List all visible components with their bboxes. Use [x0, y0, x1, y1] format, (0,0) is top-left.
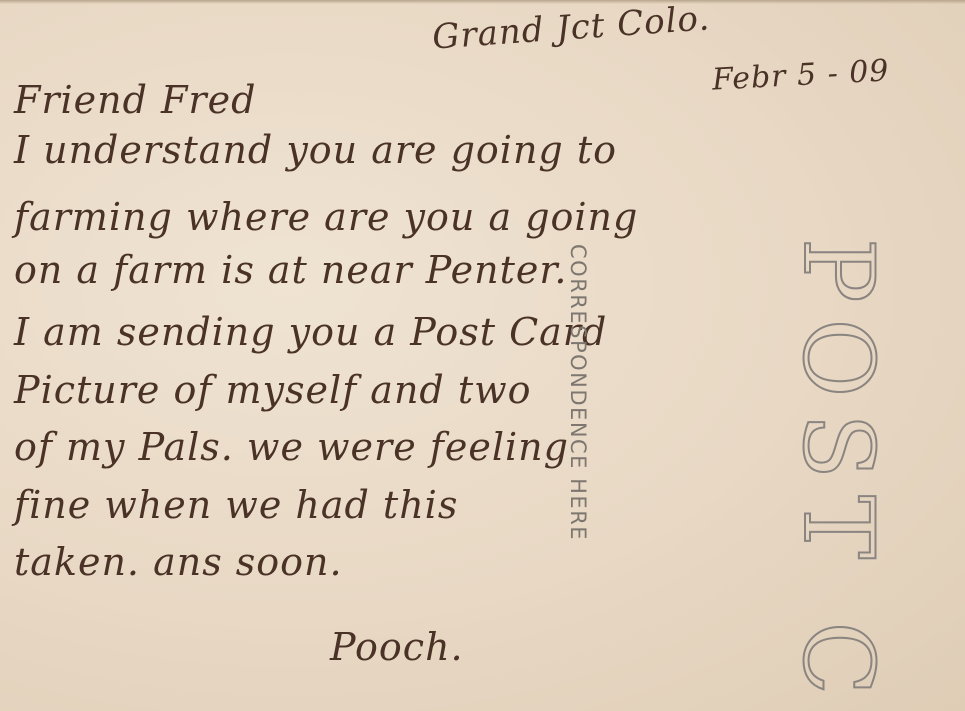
post-card-printed-title: POST C: [782, 238, 894, 711]
place-heading: Grand Jct Colo.: [431, 0, 711, 58]
date-heading: Febr 5 - 09: [711, 53, 890, 97]
message-line: of my Pals. we were feeling: [14, 425, 569, 469]
correspondence-divider-label: CORRESPONDENCE HERE: [566, 244, 590, 541]
message-line: on a farm is at near Penter.: [14, 248, 567, 292]
message-line: farming where are you a going: [14, 195, 638, 239]
message-line: I understand you are going to: [14, 128, 617, 172]
message-line: taken. ans soon.: [14, 540, 343, 584]
message-line: fine when we had this: [14, 483, 458, 527]
greeting-line: Friend Fred: [14, 78, 256, 122]
postcard-back: Grand Jct Colo. Febr 5 - 09 Friend Fred …: [0, 0, 965, 711]
message-line: Picture of myself and two: [14, 368, 532, 412]
signature: Pooch.: [330, 625, 464, 669]
card-edge: [0, 0, 965, 4]
message-line: I am sending you a Post Card: [14, 310, 607, 354]
